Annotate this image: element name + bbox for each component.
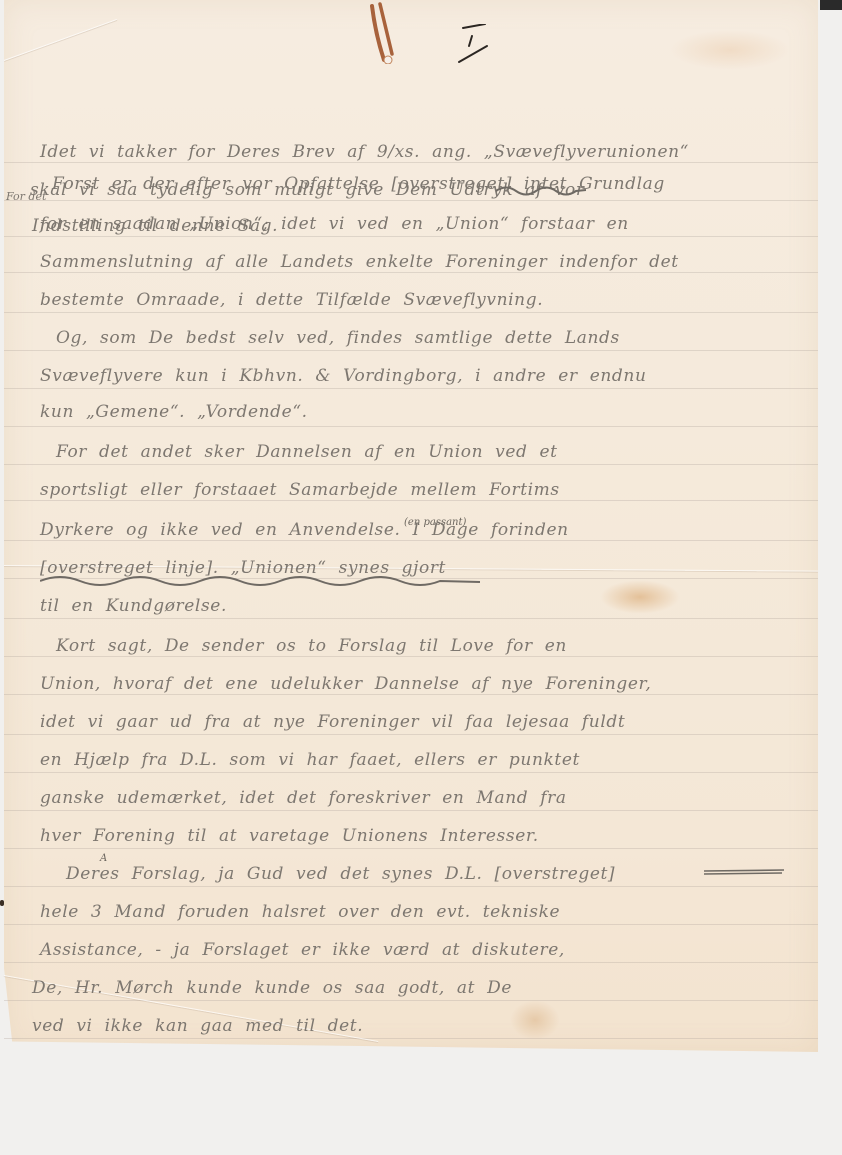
text-line: ganske udemærket, idet det foreskriver e… [40,788,567,808]
orange-stain [600,580,680,614]
text-line: Kort sagt, De sender os to Forslag til L… [56,636,567,656]
faint-stain [670,30,790,70]
text-line: for en saadan „Union“; idet vi ved en „U… [40,214,629,234]
text-line: sportsligt eller forstaaet Samarbejde me… [40,480,560,500]
text-line: idet vi gaar ud fra at nye Foreninger vi… [40,712,625,732]
text-line: ved vi ikke kan gaa med til det. [32,1016,363,1036]
text-line: Og, som De bedst selv ved, findes samtli… [56,328,620,348]
faint-stain [510,1000,560,1040]
superscript-mark: A [100,853,107,864]
text-line: hver Forening til at varetage Unionens I… [40,826,539,846]
strikethrough-mark [704,864,784,878]
text-line: bestemte Omraade, i dette Tilfælde Svæve… [40,290,543,310]
text-line: Dyrkere og ikke ved en Anvendelse. I Dag… [40,520,569,540]
text-line: Svæveflyvere kun i Kbhvn. & Vordingborg,… [40,366,647,386]
text-line: De, Hr. Mørch kunde kunde os saa godt, a… [32,978,512,998]
strikethrough-line [40,573,480,589]
text-line: Sammenslutning af alle Landets enkelte F… [40,252,679,272]
scanner-edge [820,0,842,10]
text-line: til en Kundgørelse. [40,596,227,616]
text-line: For det andet sker Dannelsen af en Union… [56,442,558,462]
text-line: en Hjælp fra D.L. som vi har faaet, elle… [40,750,580,770]
text-line: Idet vi takker for Deres Brev af 9/xs. a… [40,142,689,162]
text-line: hele 3 Mand foruden halsret over den evt… [40,902,560,922]
text-line: Union, hvoraf det ene udelukker Dannelse… [40,674,651,694]
text-line: Assistance, - ja Forslaget er ikke værd … [40,940,565,960]
ink-dot [0,900,4,906]
text-line: kun „Gemene“. „Vordende“. [40,402,308,422]
strikethrough-mark [496,184,586,198]
text-line: Deres Forslag, ja Gud ved det synes D.L.… [66,864,615,884]
rust-stain [368,2,396,64]
page-marker-roman-one [455,24,491,64]
